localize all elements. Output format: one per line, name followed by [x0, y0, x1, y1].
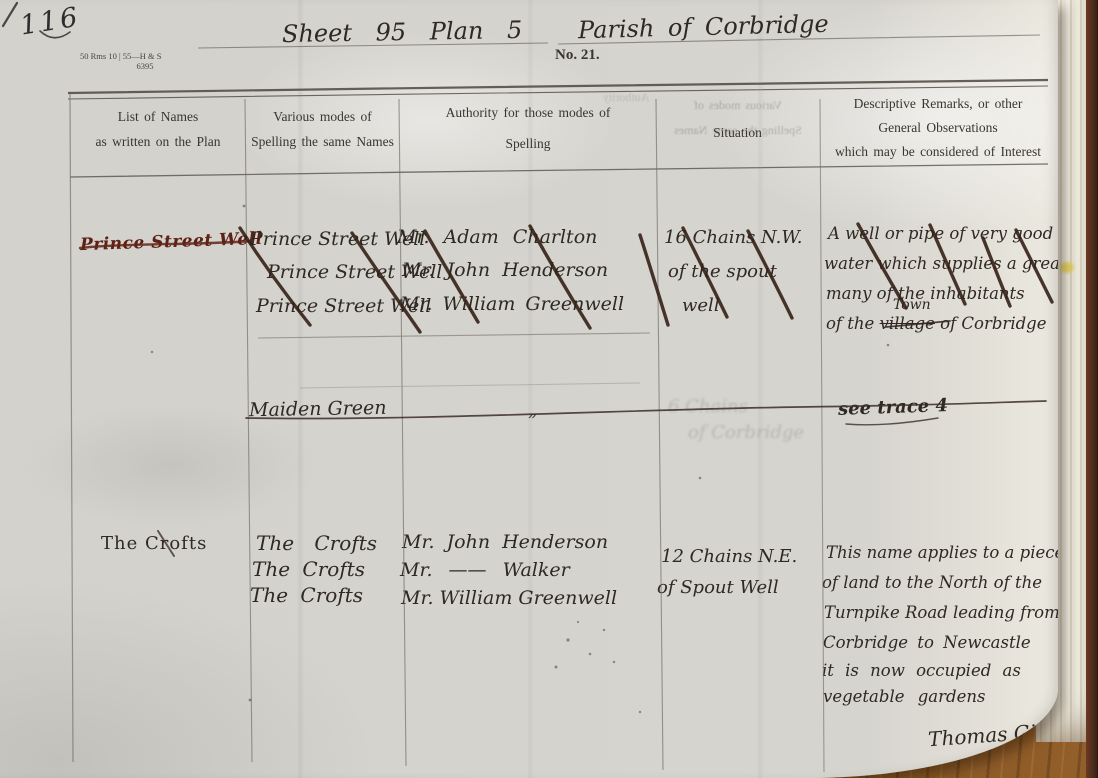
entry1-name: Prince Street Well — [80, 229, 263, 255]
page-number: 116 — [18, 1, 83, 41]
entry1-authority-line: Mr. John Henderson — [402, 259, 608, 281]
sheet-plan-entry: Sheet 95 Plan 5 — [282, 16, 523, 48]
book-binding — [1086, 0, 1098, 778]
entry3-remark-line: Corbridge to Newcastle — [823, 633, 1031, 652]
entry1-remark-line: A well or pipe of very good — [828, 224, 1053, 243]
entry3-remark-line: Turnpike Road leading from — [824, 603, 1058, 622]
column-header-line: as written on the Plan — [78, 129, 238, 154]
entry3-authority-line: Mr. John Henderson — [402, 531, 608, 553]
form-number: No. 21. — [555, 47, 600, 64]
column-header-line: Descriptive Remarks, or other — [822, 92, 1054, 116]
column-header-line: General Observations — [822, 116, 1054, 140]
entry1-situation-line: of the spout — [668, 261, 777, 282]
entry2-situation-faint: 6 Chains — [668, 396, 748, 417]
entry3-spelling-line: The Crofts — [250, 583, 363, 607]
parish-entry: Parish of Corbridge — [578, 10, 829, 45]
entry3-situation-line: of Spout Well — [657, 577, 779, 598]
entry2-spelling: Maiden Green — [249, 397, 387, 421]
entry1-authority-line: Mr. William Greenwell — [400, 293, 624, 315]
entry3-remark-line: of land to the North of the — [822, 573, 1042, 592]
printer-stamp-line1: 50 Rms 10 | 55—H & S — [80, 51, 162, 61]
remark-struck-word: village — [880, 314, 935, 333]
highlight-spot — [1060, 262, 1074, 273]
entry3-remark-line: This name applies to a piece — [826, 543, 1058, 562]
entry2-ditto-mark: „ — [528, 400, 537, 421]
entry3-spelling-line: The Crofts — [252, 557, 365, 581]
entry2-situation-faint: of Corbridge — [688, 422, 804, 443]
entry3-remark-line: it is now occupied as — [822, 661, 1021, 680]
entry1-remark-last-line: of the village of Corbridge — [826, 314, 1046, 333]
entry1-remark-line: water which supplies a great — [824, 254, 1058, 273]
remark-inserted-word: Town — [893, 297, 931, 313]
column-header-line: which may be considered of Interest — [822, 140, 1054, 164]
entry2-remark: see trace 4 — [838, 395, 949, 420]
bleedthrough-text: Various modes of Spelling the same Names — [662, 93, 814, 143]
entry1-situation-line: well — [682, 295, 720, 316]
remark-text: of Corbridge — [935, 314, 1047, 333]
entry3-authority-line: Mr. —— Walker — [400, 559, 570, 581]
bleedthrough-fragment: Authority — [596, 90, 656, 105]
entry3-remark-line: vegetable gardens — [823, 687, 985, 706]
bleedthrough-line: Spelling the same Names — [662, 118, 814, 143]
column-header-names: List of Names as written on the Plan — [78, 104, 238, 154]
entry3-situation-line: 12 Chains N.E. — [661, 546, 797, 567]
entry3-name: The Crofts — [101, 533, 207, 554]
entry3-authority-line: Mr. William Greenwell — [401, 587, 617, 609]
column-header-remarks: Descriptive Remarks, or other General Ob… — [822, 92, 1054, 164]
entry3-spelling-line: The Crofts — [256, 531, 377, 555]
column-header-line: Various modes of — [250, 104, 395, 129]
page-photo: 116 50 Rms 10 | 55—H & S 6395 Sheet 95 P… — [0, 0, 1098, 778]
column-header-line: List of Names — [78, 104, 238, 129]
column-header-spellings: Various modes of Spelling the same Names — [250, 104, 395, 154]
document-page: 116 50 Rms 10 | 55—H & S 6395 Sheet 95 P… — [0, 0, 1058, 778]
bleedthrough-line: Various modes of — [662, 93, 814, 118]
column-header-authority: Authority for those modes of Spelling — [408, 100, 648, 156]
remark-text: of the — [826, 314, 880, 333]
column-header-line: Spelling — [408, 131, 648, 156]
entry1-authority-line: Mr. Adam Charlton — [397, 226, 597, 248]
entry1-situation-line: 16 Chains N.W. — [664, 227, 802, 248]
printer-stamp: 50 Rms 10 | 55—H & S 6395 — [80, 51, 162, 71]
column-header-line: Spelling the same Names — [250, 129, 395, 154]
printer-stamp-line2: 6395 — [80, 61, 162, 71]
